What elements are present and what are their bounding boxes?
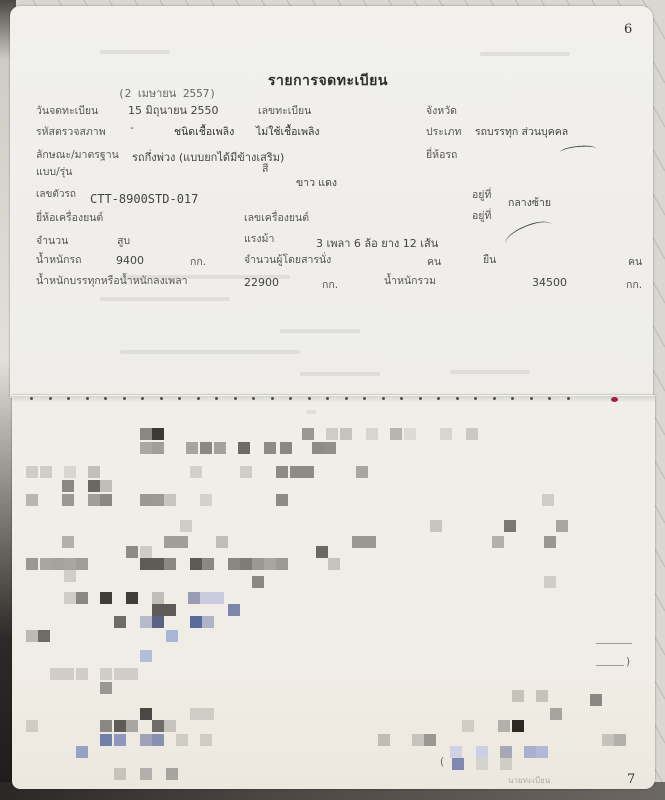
stitch — [30, 397, 33, 400]
redaction-block — [356, 466, 368, 478]
redaction-block — [186, 442, 198, 454]
redaction-block — [88, 494, 100, 506]
stitch — [363, 397, 366, 400]
stitch — [67, 397, 70, 400]
redaction-block — [40, 558, 52, 570]
redaction-block — [462, 720, 474, 732]
redaction-block — [412, 734, 424, 746]
redaction-block — [200, 442, 212, 454]
redaction-block — [430, 520, 442, 532]
redaction-block — [202, 616, 214, 628]
redaction-block — [64, 570, 76, 582]
stitch — [456, 397, 459, 400]
redaction-block — [452, 758, 464, 770]
color-label: สี — [262, 160, 268, 177]
redaction-block — [166, 768, 178, 780]
redaction-block — [316, 546, 328, 558]
stitch — [345, 397, 348, 400]
redaction-block — [126, 720, 138, 732]
stitch — [141, 397, 144, 400]
redaction-block — [500, 758, 512, 770]
redaction-block — [152, 592, 164, 604]
seated-passengers-unit: คน — [427, 253, 441, 270]
signature-line — [596, 643, 632, 644]
redaction-block — [152, 604, 164, 616]
stitch — [493, 397, 496, 400]
redaction-block — [240, 558, 252, 570]
chassis-location-value: กลางซ้าย — [508, 194, 551, 211]
chassis-no-value: CTT-8900STD-017 — [90, 192, 198, 206]
stitch — [419, 397, 422, 400]
redaction-block — [126, 668, 138, 680]
bleed-through — [120, 350, 300, 354]
redaction-block — [366, 428, 378, 440]
registration-date-label: วันจดทะเบียน — [36, 102, 98, 119]
standing-passengers-unit: คน — [628, 253, 642, 270]
redaction-block — [76, 668, 88, 680]
redaction-block — [152, 442, 164, 454]
redaction-block — [544, 536, 556, 548]
redaction-block — [164, 558, 176, 570]
redaction-block — [440, 428, 452, 440]
redaction-block — [164, 720, 176, 732]
redaction-block — [26, 558, 38, 570]
stitch — [382, 397, 385, 400]
redaction-block — [202, 708, 214, 720]
redaction-block — [326, 428, 338, 440]
redaction-block — [38, 630, 50, 642]
redaction-block — [404, 428, 416, 440]
load-weight-unit: กก. — [322, 276, 338, 293]
redaction-block — [164, 494, 176, 506]
redaction-block — [476, 746, 488, 758]
redaction-block — [614, 734, 626, 746]
vehicle-weight-unit: กก. — [190, 253, 206, 270]
category-label: ประเภท — [426, 123, 461, 140]
redaction-block — [152, 428, 164, 440]
stitch — [123, 397, 126, 400]
redaction-block — [590, 694, 602, 706]
redaction-block — [290, 466, 302, 478]
engine-no-label: เลขเครื่องยนต์ — [244, 209, 309, 226]
ink-stain — [611, 397, 618, 402]
redaction-block — [200, 494, 212, 506]
cylinders-unit: สูบ — [117, 232, 130, 249]
chassis-location-label: อยู่ที่ — [472, 186, 491, 203]
stitch — [252, 397, 255, 400]
redaction-block — [152, 734, 164, 746]
redaction-block — [190, 616, 202, 628]
bleed-through — [280, 329, 360, 333]
stamp-mark — [306, 410, 316, 414]
registration-date-value: 15 มิถุนายน 2550 — [128, 101, 219, 119]
page-number-top: 6 — [624, 22, 632, 37]
stitch — [530, 397, 533, 400]
redaction-block — [164, 604, 176, 616]
stitch — [548, 397, 551, 400]
redaction-block — [390, 428, 402, 440]
redaction-block — [114, 720, 126, 732]
cylinders-label: จำนวน — [36, 232, 68, 249]
redaction-block — [264, 558, 276, 570]
redaction-block — [64, 466, 76, 478]
redaction-block — [276, 558, 288, 570]
redaction-block — [126, 592, 138, 604]
redaction-block — [498, 720, 510, 732]
bracket-open: ( — [440, 756, 444, 768]
redaction-block — [52, 558, 64, 570]
redaction-block — [140, 768, 152, 780]
stitch — [308, 397, 311, 400]
redaction-block — [166, 630, 178, 642]
redaction-block — [276, 494, 288, 506]
redaction-block — [100, 494, 112, 506]
stitch — [234, 397, 237, 400]
stitch — [86, 397, 89, 400]
redaction-block — [252, 558, 264, 570]
redaction-block — [76, 746, 88, 758]
redaction-block — [140, 428, 152, 440]
redaction-block — [264, 442, 276, 454]
stitch — [49, 397, 52, 400]
redaction-block — [100, 592, 112, 604]
total-weight-value: 34500 — [532, 276, 567, 289]
redaction-block — [476, 758, 488, 770]
registration-no-label: เลขทะเบียน — [258, 102, 311, 119]
redaction-block — [190, 466, 202, 478]
redaction-block — [62, 668, 74, 680]
stitch — [104, 397, 107, 400]
redaction-block — [176, 734, 188, 746]
redaction-block — [140, 650, 152, 662]
redaction-block — [100, 668, 112, 680]
inspection-code-value: - — [130, 122, 134, 134]
redaction-block — [62, 480, 74, 492]
redaction-block — [302, 466, 314, 478]
redaction-block — [504, 520, 516, 532]
vehicle-weight-label: น้ำหนักรถ — [36, 251, 82, 268]
redaction-block — [152, 494, 164, 506]
stitch — [271, 397, 274, 400]
redaction-block — [352, 536, 364, 548]
bracket-close: ) — [626, 656, 630, 668]
registrar-label: นายทะเบียน — [508, 774, 550, 787]
redaction-block — [280, 442, 292, 454]
redaction-block — [126, 546, 138, 558]
fuel-type-value: ไม่ใช้เชื้อเพลิง — [256, 123, 320, 140]
brand-label: ยี่ห้อรถ — [426, 146, 457, 163]
characteristic-label: ลักษณะ/มาตรฐาน — [36, 146, 119, 163]
redaction-block — [26, 630, 38, 642]
stitch — [326, 397, 329, 400]
horsepower-label: แรงม้า — [244, 230, 274, 247]
redaction-block — [114, 768, 126, 780]
redaction-block — [216, 536, 228, 548]
redaction-block — [424, 734, 436, 746]
total-weight-label: น้ำหนักรวม — [384, 272, 436, 289]
category-value: รถบรรทุก ส่วนบุคคล — [475, 123, 568, 140]
redaction-block — [276, 466, 288, 478]
redaction-block — [190, 708, 202, 720]
redaction-block — [252, 576, 264, 588]
axles-wheels-tires: 3 เพลา 6 ล้อ ยาง 12 เส้น — [316, 234, 438, 252]
total-weight-unit: กก. — [626, 276, 642, 293]
redaction-block — [228, 604, 240, 616]
redaction-block — [450, 746, 462, 758]
redaction-block — [364, 536, 376, 548]
redaction-block — [524, 746, 536, 758]
redaction-block — [340, 428, 352, 440]
redaction-block — [100, 480, 112, 492]
redaction-block — [180, 520, 192, 532]
redaction-block — [536, 746, 548, 758]
redaction-block — [492, 536, 504, 548]
redaction-block — [40, 466, 52, 478]
signature-line — [596, 665, 624, 666]
redaction-block — [140, 546, 152, 558]
redaction-block — [500, 746, 512, 758]
redaction-block — [62, 494, 74, 506]
redaction-block — [62, 536, 74, 548]
vehicle-weight-value: 9400 — [116, 254, 144, 267]
stitch — [160, 397, 163, 400]
redaction-block — [114, 668, 126, 680]
redaction-block — [512, 690, 524, 702]
redaction-block — [100, 720, 112, 732]
page-number-bottom: 7 — [627, 772, 635, 787]
redaction-block — [312, 442, 324, 454]
book-spine — [12, 396, 655, 402]
redaction-block — [512, 720, 524, 732]
bleed-through — [300, 372, 380, 376]
redaction-block — [76, 558, 88, 570]
redaction-block — [544, 576, 556, 588]
stitch — [197, 397, 200, 400]
redaction-block — [238, 442, 250, 454]
redaction-block — [228, 558, 240, 570]
stitch — [567, 397, 570, 400]
redaction-block — [140, 708, 152, 720]
redaction-block — [176, 536, 188, 548]
redaction-block — [50, 668, 62, 680]
stitch — [474, 397, 477, 400]
seated-passengers-label: จำนวนผู้โดยสารนั่ง — [244, 251, 331, 268]
province-label: จังหวัด — [426, 102, 457, 119]
change-date: (2 เมษายน 2557) — [118, 84, 216, 102]
redaction-block — [240, 466, 252, 478]
stitch — [511, 397, 514, 400]
redaction-block — [190, 558, 202, 570]
redaction-block — [152, 720, 164, 732]
redaction-block — [140, 494, 152, 506]
redaction-block — [88, 480, 100, 492]
redaction-block — [212, 592, 224, 604]
redaction-block — [152, 558, 164, 570]
redaction-block — [466, 428, 478, 440]
redaction-block — [542, 494, 554, 506]
load-weight-value: 22900 — [244, 276, 279, 289]
stitch — [437, 397, 440, 400]
redaction-block — [164, 536, 176, 548]
redaction-block — [26, 720, 38, 732]
redaction-block — [26, 466, 38, 478]
stitch — [400, 397, 403, 400]
redaction-block — [64, 558, 76, 570]
bleed-through — [480, 52, 570, 56]
redaction-block — [140, 442, 152, 454]
redaction-block — [64, 592, 76, 604]
redaction-block — [200, 592, 212, 604]
redaction-block — [200, 734, 212, 746]
redaction-block — [140, 558, 152, 570]
redaction-block — [100, 682, 112, 694]
redaction-block — [202, 558, 214, 570]
document-title: รายการจดทะเบียน — [268, 70, 388, 92]
bleed-through — [100, 297, 230, 301]
redaction-block — [26, 494, 38, 506]
redaction-block — [556, 520, 568, 532]
redaction-block — [214, 442, 226, 454]
redaction-block — [114, 734, 126, 746]
chassis-no-label: เลขตัวรถ — [36, 187, 76, 202]
engine-location-label: อยู่ที่ — [472, 207, 491, 224]
fuel-type-label: ชนิดเชื้อเพลิง — [174, 123, 234, 140]
bleed-through — [450, 370, 530, 374]
standing-passengers-label: ยืน — [483, 251, 496, 268]
redaction-block — [602, 734, 614, 746]
stitch — [178, 397, 181, 400]
redaction-block — [114, 616, 126, 628]
redaction-block — [76, 592, 88, 604]
redaction-block — [536, 690, 548, 702]
redaction-block — [140, 616, 152, 628]
redaction-block — [324, 442, 336, 454]
bleed-through — [100, 50, 170, 54]
redaction-block — [328, 558, 340, 570]
redaction-block — [302, 428, 314, 440]
redaction-block — [378, 734, 390, 746]
redaction-block — [88, 466, 100, 478]
stitch — [289, 397, 292, 400]
color-value: ขาว แดง — [296, 174, 337, 191]
model-label: แบบ/รุ่น — [36, 163, 72, 180]
redaction-block — [188, 592, 200, 604]
redaction-block — [152, 616, 164, 628]
redaction-block — [140, 734, 152, 746]
redaction-block — [550, 708, 562, 720]
stitch — [215, 397, 218, 400]
inspection-code-label: รหัสตรวจสภาพ — [36, 123, 106, 140]
load-weight-label: น้ำหนักบรรทุกหรือน้ำหนักลงเพลา — [36, 272, 188, 289]
redaction-block — [100, 734, 112, 746]
engine-brand-label: ยี่ห้อเครื่องยนต์ — [36, 209, 103, 226]
